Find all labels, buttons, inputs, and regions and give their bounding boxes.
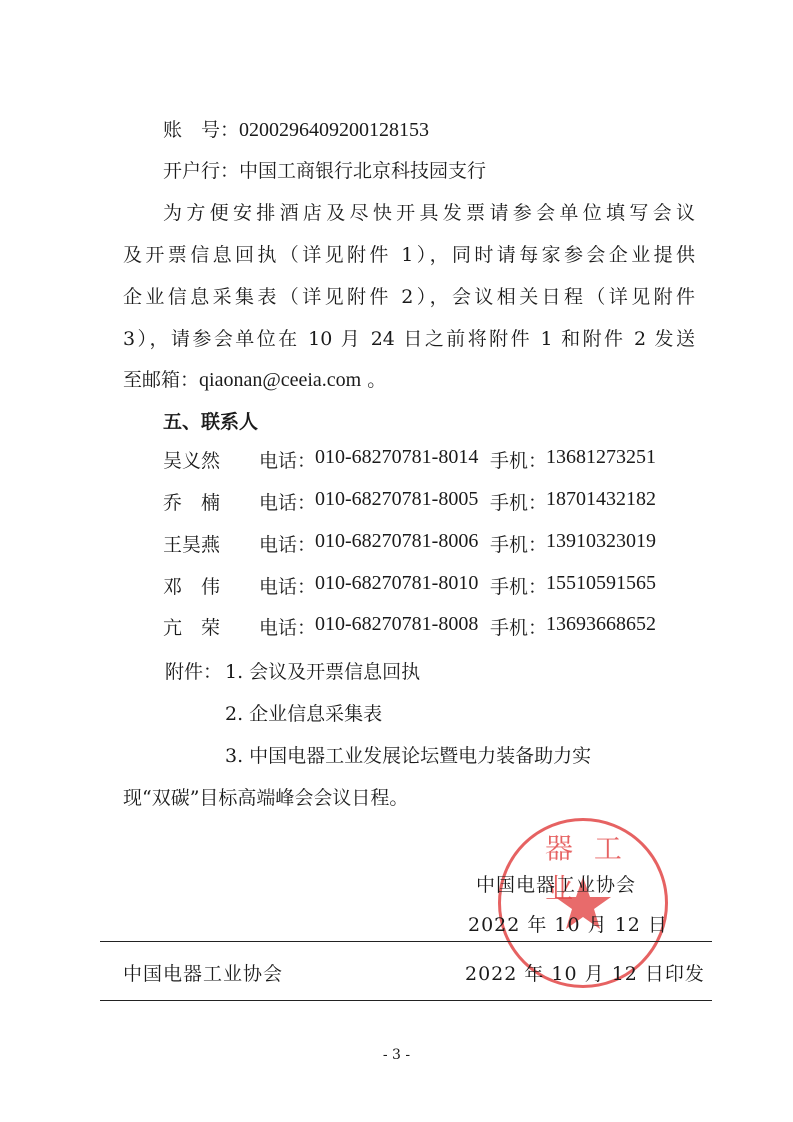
phone-label: 电话： xyxy=(259,613,316,640)
attachment-item-3-continued: 现“双碳”目标高端峰会会议日程。 xyxy=(123,785,408,811)
bank-line: 开户行：中国工商银行北京科技园支行 xyxy=(163,158,486,184)
email-label: 至邮箱： xyxy=(123,369,199,391)
contact-phone: 010-68270781-8006 xyxy=(315,530,478,553)
paragraph-line-4: 3），请参会单位在 10 月 24 日之前将附件 1 和附件 2 发送 xyxy=(123,326,695,352)
contact-name: 王昊燕 xyxy=(163,530,220,557)
mobile-label: 手机： xyxy=(490,572,547,599)
paragraph-text: 企业信息采集表（详见附件 2），会议相关日程（详见附件 xyxy=(123,284,695,310)
paragraph-text: 及开票信息回执（详见附件 1），同时请每家参会企业提供 xyxy=(123,242,695,268)
contact-name: 吴义然 xyxy=(163,446,220,473)
page-number: - 3 - xyxy=(0,1047,793,1063)
contact-name: 邓 伟 xyxy=(163,572,220,599)
account-number: 0200296409200128153 xyxy=(239,119,429,141)
paragraph-line-3: 企业信息采集表（详见附件 2），会议相关日程（详见附件 xyxy=(123,284,695,310)
account-line: 账 号：0200296409200128153 xyxy=(163,117,429,143)
mobile-label: 手机： xyxy=(490,488,547,515)
paragraph-text: 为方便安排酒店及尽快开具发票请参会单位填写会议 xyxy=(163,200,695,226)
bank-name: 中国工商银行北京科技园支行 xyxy=(239,160,486,182)
contact-mobile: 13693668652 xyxy=(546,613,656,636)
email-link[interactable]: qiaonan@ceeia.com xyxy=(199,369,361,391)
attachment-item-1: 1. 会议及开票信息回执 xyxy=(225,659,420,685)
attachment-item-3: 3. 中国电器工业发展论坛暨电力装备助力实 xyxy=(225,743,591,769)
contact-phone: 010-68270781-8010 xyxy=(315,572,478,595)
contact-mobile: 18701432182 xyxy=(546,488,656,511)
contacts-heading: 五、联系人 xyxy=(163,409,258,435)
attachments-label: 附件： xyxy=(165,659,222,685)
phone-label: 电话： xyxy=(259,572,316,599)
contact-phone: 010-68270781-8005 xyxy=(315,488,478,511)
footer-issuer: 中国电器工业协会 xyxy=(123,961,283,987)
paragraph-text: 3），请参会单位在 10 月 24 日之前将附件 1 和附件 2 发送 xyxy=(123,326,695,352)
contact-phone: 010-68270781-8014 xyxy=(315,446,478,469)
contact-mobile: 13910323019 xyxy=(546,530,656,553)
contact-phone: 010-68270781-8008 xyxy=(315,613,478,636)
footer-issue-date: 2022 年 10 月 12 日印发 xyxy=(465,961,705,987)
paragraph-line-1: 为方便安排酒店及尽快开具发票请参会单位填写会议 xyxy=(163,200,695,226)
signature-date: 2022 年 10 月 12 日 xyxy=(468,912,668,938)
phone-label: 电话： xyxy=(259,488,316,515)
contact-mobile: 13681273251 xyxy=(546,446,656,469)
footer-bottom-rule xyxy=(100,1000,712,1001)
account-label: 账 号： xyxy=(163,119,239,141)
contact-mobile: 15510591565 xyxy=(546,572,656,595)
attachment-item-2: 2. 企业信息采集表 xyxy=(225,701,382,727)
mobile-label: 手机： xyxy=(490,446,547,473)
paragraph-line-2: 及开票信息回执（详见附件 1），同时请每家参会企业提供 xyxy=(123,242,695,268)
footer-top-rule xyxy=(100,941,712,942)
signature-organization: 中国电器工业协会 xyxy=(476,872,636,898)
paragraph-line-5: 至邮箱：qiaonan@ceeia.com 。 xyxy=(123,367,386,393)
contact-name: 乔 楠 xyxy=(163,488,220,515)
contact-name: 亢 荣 xyxy=(163,613,220,640)
phone-label: 电话： xyxy=(259,530,316,557)
phone-label: 电话： xyxy=(259,446,316,473)
mobile-label: 手机： xyxy=(490,530,547,557)
mobile-label: 手机： xyxy=(490,613,547,640)
email-suffix: 。 xyxy=(361,369,386,391)
bank-label: 开户行： xyxy=(163,160,239,182)
